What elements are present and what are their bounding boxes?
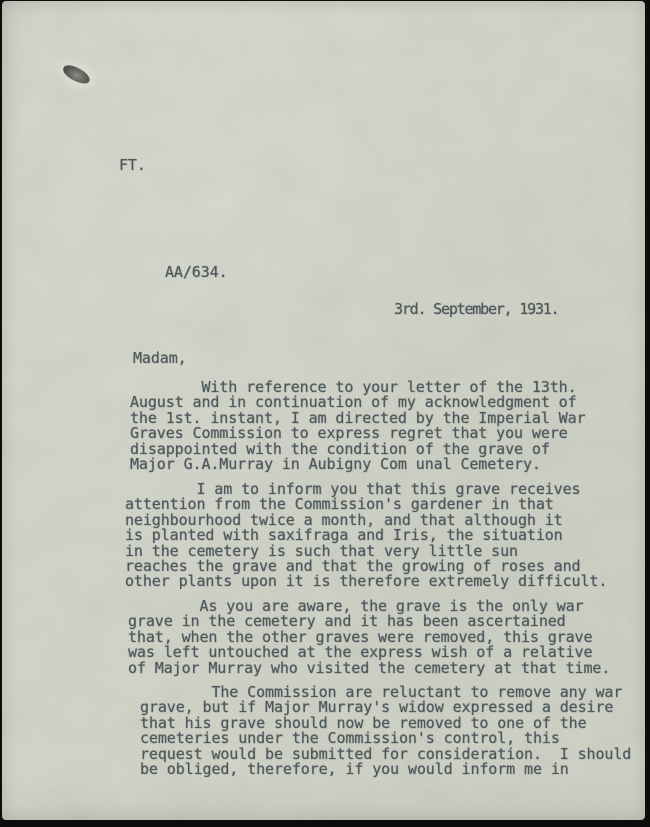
paragraph-4: The Commission are reluctant to remove a… xyxy=(140,685,631,777)
salutation: Madam, xyxy=(133,351,187,366)
scanned-letter: FT. AA/634. 3rd. September, 1931. Madam,… xyxy=(0,0,650,827)
ink-blot-mark xyxy=(61,62,93,87)
letter-page: FT. AA/634. 3rd. September, 1931. Madam,… xyxy=(2,1,645,820)
letter-date: 3rd. September, 1931. xyxy=(394,302,558,317)
paragraph-3: As you are aware, the grave is the only … xyxy=(128,599,610,676)
typist-initials: FT. xyxy=(119,158,146,173)
paragraph-2: I am to inform you that this grave recei… xyxy=(125,482,607,590)
reference-number: AA/634. xyxy=(165,265,228,280)
paragraph-1: With reference to your letter of the 13t… xyxy=(130,380,585,472)
